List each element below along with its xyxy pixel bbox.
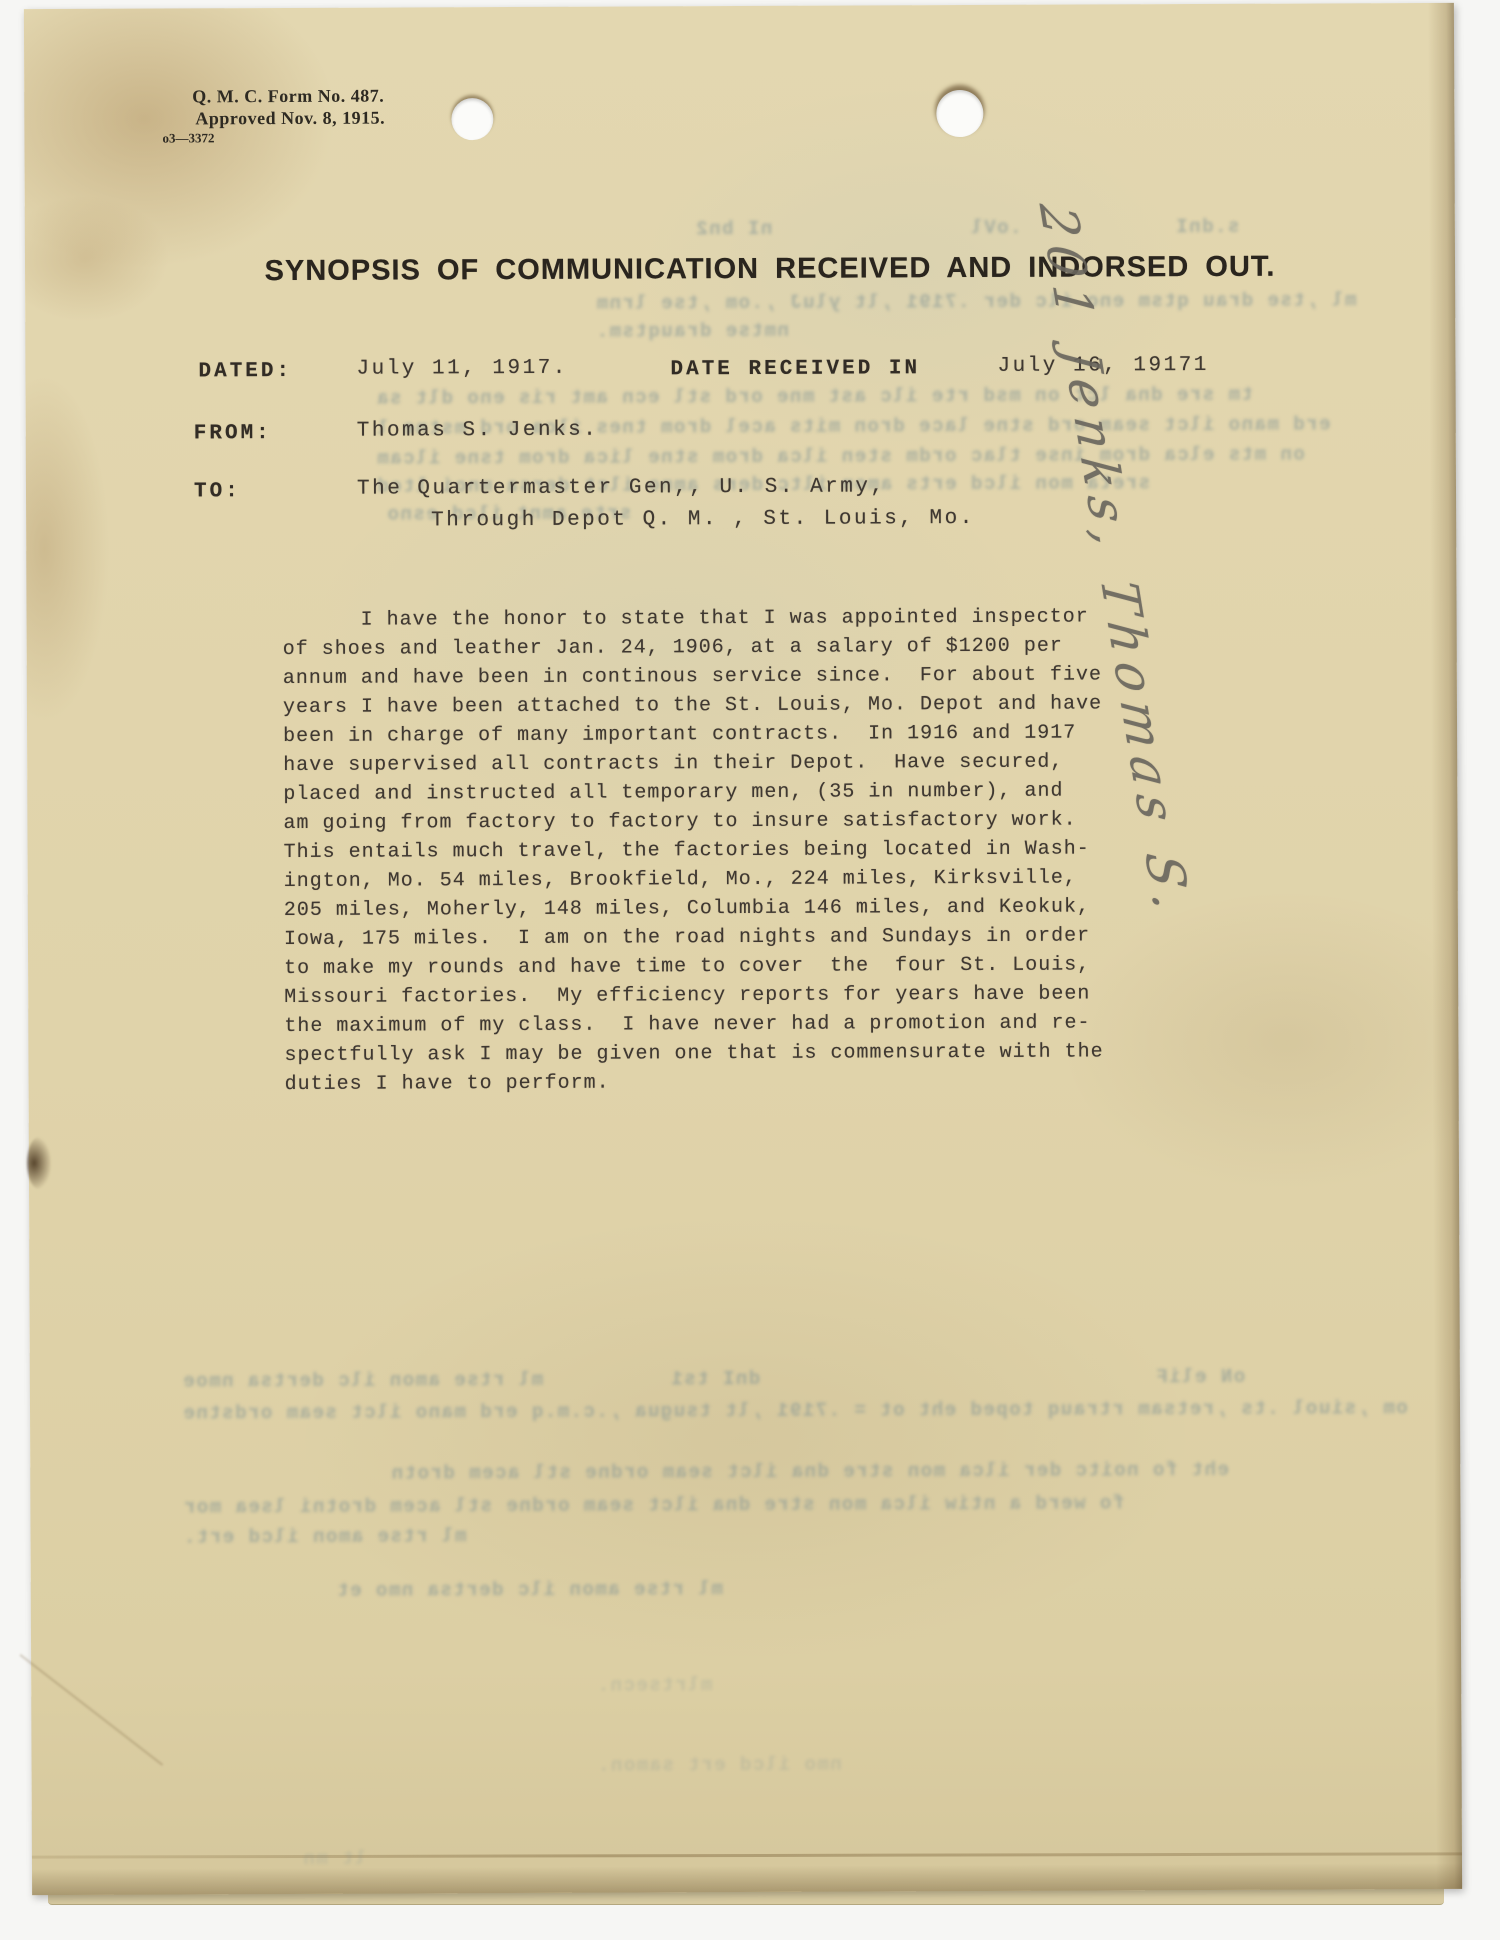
paper-sheet: nI bn2.oVls.dnIml ,tse drau qtsm eno ilc…	[24, 3, 1462, 1895]
bleedthrough-text: ml rtse amon ilc dertsa nmo et	[336, 1578, 723, 1602]
bleedthrough-text: on mts elca drom inse tlac ordm sten ilc…	[376, 444, 1305, 470]
punch-hole-left	[451, 98, 493, 140]
bleedthrough-text: ml rtse amon ilc dertsa nmoe	[182, 1369, 543, 1393]
to-value-line2: Through Depot Q. M. , St. Louis, Mo.	[431, 507, 975, 532]
bleedthrough-text: eht fo noitc der ilca mon stre dna ilct …	[390, 1459, 1229, 1485]
scanned-document-page: nI bn2.oVls.dnIml ,tse drau qtsm eno ilc…	[0, 0, 1500, 1940]
bleedthrough-text: fo werd a ntiw ilca mon stre dna ilct se…	[182, 1492, 1124, 1518]
from-label: FROM:	[194, 422, 272, 445]
form-approval-date: Approved Nov. 8, 1915.	[195, 108, 385, 130]
document-title: SYNOPSIS OF COMMUNICATION RECEIVED AND I…	[105, 250, 1435, 289]
from-value: Thomas S. Jenks.	[357, 419, 599, 443]
bleedthrough-text: nmo ilcd ert samon.	[597, 1754, 842, 1777]
bleedthrough-text: nI bn2	[695, 218, 773, 240]
bleedthrough-text: dnI ts1	[670, 1368, 760, 1390]
bleedthrough-text: nmtse drauqtsm.	[595, 320, 789, 343]
bleedthrough-text: mlrtsecn.	[596, 1674, 712, 1697]
form-print-code: o3—3372	[162, 130, 214, 146]
dated-value: July 11, 1917.	[356, 357, 568, 381]
bleedthrough-text: om ,siuol .ts ,retsam rtrauq toped eht o…	[182, 1397, 1408, 1424]
form-number: Q. M. C. Form No. 487.	[192, 86, 384, 108]
date-received-label: DATE RECEIVED IN	[670, 357, 920, 381]
bleedthrough-text: .oVl	[970, 217, 1022, 239]
letter-body: I have the honor to state that I was app…	[282, 602, 1103, 1099]
bleedthrough-text: oN eliF	[1155, 1366, 1245, 1388]
bleedthrough-text: s.dnI	[1175, 216, 1240, 238]
punch-hole-right	[936, 90, 983, 137]
bleedthrough-text: ml ,tse drau qtsm eno ilc der .7191 ,lt …	[595, 289, 1356, 314]
to-label: TO:	[194, 480, 241, 503]
bleedthrough-text: ml rtse amon ilcd ert.	[183, 1525, 467, 1548]
to-value-line1: The Quartermaster Gen,, U. S. Army,	[357, 475, 886, 500]
bleedthrough-text: lt mn	[302, 1848, 367, 1870]
dated-label: DATED:	[198, 360, 292, 383]
bleedthrough-text: tm sre dna lct on msd rte ilc ast mne or…	[376, 384, 1253, 410]
